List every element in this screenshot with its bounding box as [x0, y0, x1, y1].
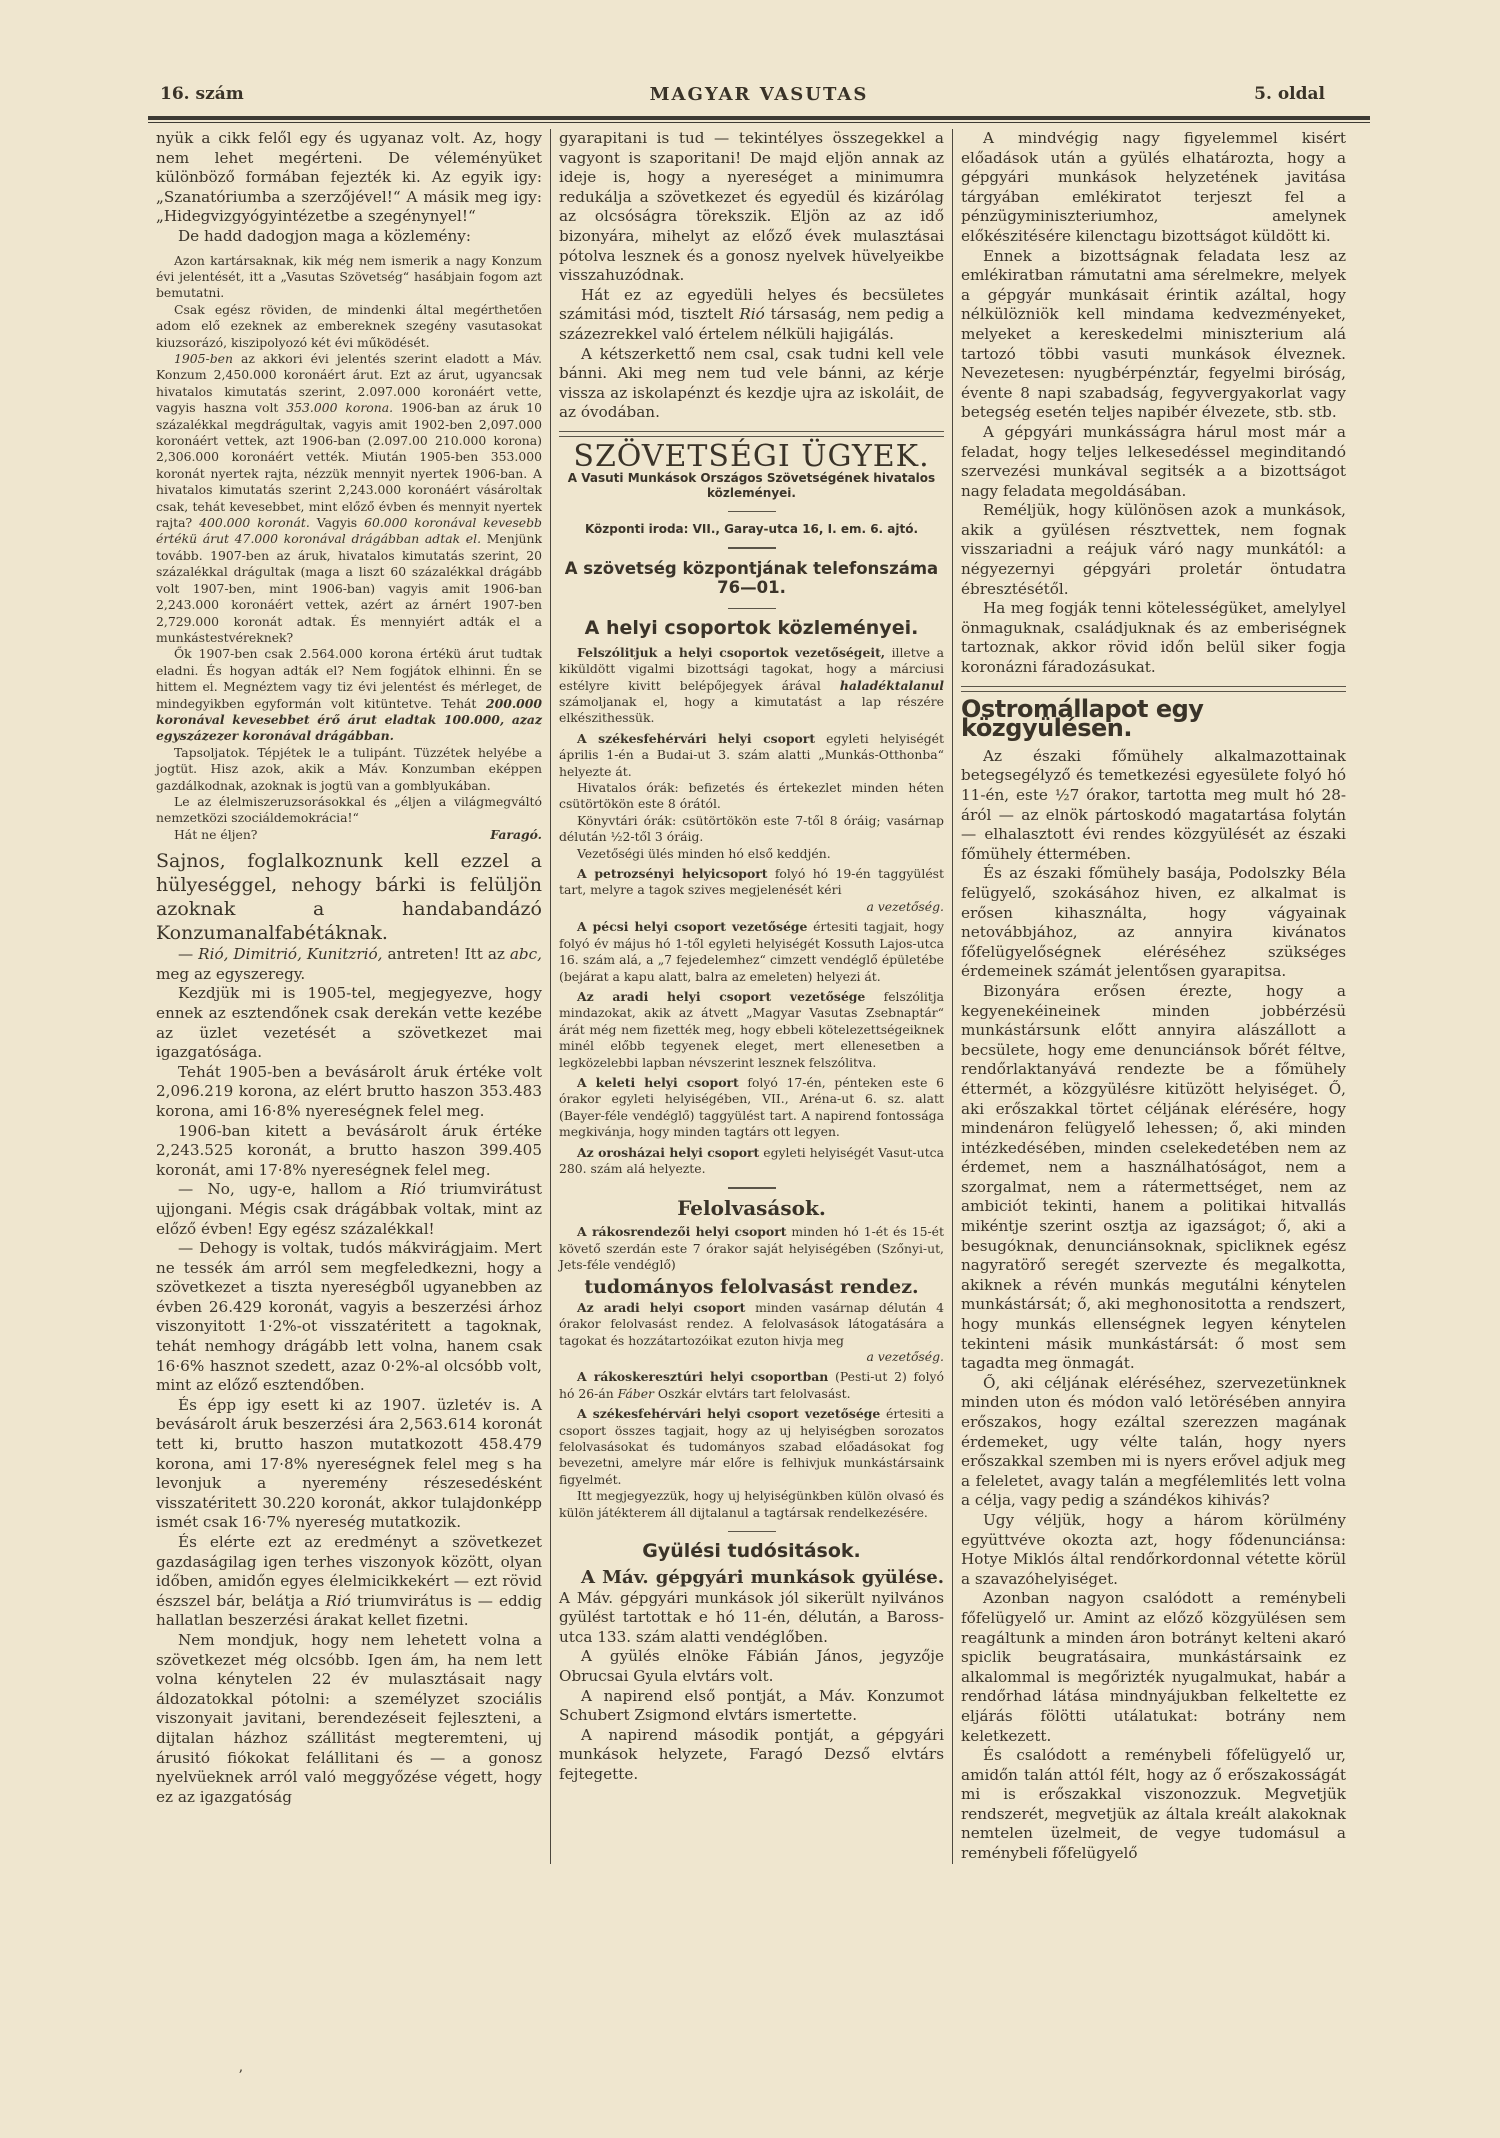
notice: A pécsi helyi csoport vezetősége értesit… [559, 919, 944, 985]
paragraph: Tehát 1905-ben a bevásárolt áruk értéke … [156, 1063, 542, 1122]
paragraph: Kezdjük mi is 1905-tel, megjegyezve, hog… [156, 984, 542, 1062]
paragraph: Nem mondjuk, hogy nem lehetett volna a s… [156, 1631, 542, 1807]
notice: A székesfehérvári helyi csoport egyleti … [559, 731, 944, 780]
section-title: SZÖVETSÉGI ÜGYEK. [559, 447, 944, 467]
quote-paragraph: Le az élelmiszeruzsorásokkal és „éljen a… [156, 794, 542, 827]
notice: Felszólitjuk a helyi csoportok vezetőség… [559, 645, 944, 727]
paragraph: Ha meg fogják tenni kötelességüket, amel… [961, 599, 1346, 677]
office-address: Központi iroda: VII., Garay-utca 16, I. … [559, 522, 944, 537]
paragraph: És elérte ezt az eredményt a szövetkezet… [156, 1533, 542, 1631]
paragraph: nyük a cikk felől egy és ugyanaz volt. A… [156, 129, 542, 227]
lecture-notice: A rákoskeresztúri helyi csoportban (Pest… [559, 1369, 944, 1402]
paragraph: Az északi főmühely alkalmazottainak bete… [961, 747, 1346, 865]
section-divider [559, 431, 944, 437]
newspaper-title: MAGYAR VASUTAS [148, 84, 1370, 105]
quote-paragraph: 1905-ben az akkori évi jelentés szerint … [156, 351, 542, 646]
lectures-heading: Felolvasások. [559, 1199, 944, 1219]
quote-paragraph: Ők 1907-ben csak 2.564.000 korona értékü… [156, 646, 542, 744]
column-1: nyük a cikk felől egy és ugyanaz volt. A… [148, 129, 550, 1864]
columns: nyük a cikk felől egy és ugyanaz volt. A… [148, 129, 1370, 1864]
paragraph: 1906-ban kitett a bevásárolt áruk értéke… [156, 1122, 542, 1181]
paragraph: — Rió, Dimitrió, Kunitzrió, antreten! It… [156, 945, 542, 984]
paragraph: Ő, aki céljának eléréséhez, szervezetünk… [961, 1374, 1346, 1511]
quote-paragraph: Azon kartársaknak, kik még nem ismerik a… [156, 253, 542, 302]
divider [728, 547, 776, 549]
signature: Faragó. [472, 827, 542, 843]
section-divider [961, 686, 1346, 692]
page-number: 5. oldal [1254, 84, 1325, 104]
notice: Az aradi helyi csoport vezetősége felszó… [559, 989, 944, 1071]
masthead-rule [148, 116, 1370, 120]
paragraph: Bizonyára erősen érezte, hogy a kegyenek… [961, 982, 1346, 1374]
paragraph: Hát ez az egyedüli helyes és becsületes … [559, 286, 944, 345]
phone-number: A szövetség központjának telefonszáma 76… [559, 559, 944, 598]
masthead: 16. szám MAGYAR VASUTAS 5. oldal [148, 84, 1370, 114]
paragraph: És csalódott a reménybeli főfelügyelő ur… [961, 1746, 1346, 1864]
notice: Az orosházai helyi csoport egyleti helyi… [559, 1145, 944, 1178]
quote-paragraph: Hát ne éljen?Faragó. [156, 827, 542, 843]
divider [728, 511, 776, 513]
paragraph: A kétszerkettő nem csal, csak tudni kell… [559, 345, 944, 423]
lecture-notice: A székesfehérvári helyi csoport vezetősé… [559, 1406, 944, 1488]
divider [728, 1187, 776, 1189]
section-subtitle: A Vasuti Munkások Országos Szövetségének… [559, 471, 944, 501]
notice: A keleti helyi csoport folyó 17-én, pént… [559, 1075, 944, 1141]
quote-paragraph: Tapsoljatok. Tépjétek le a tulipánt. Tüz… [156, 745, 542, 794]
paragraph: Ennek a bizottságnak feladata lesz az em… [961, 247, 1346, 423]
paragraph: És épp igy esett ki az 1907. üzletév is.… [156, 1396, 542, 1533]
column-3: A mindvégig nagy figyelemmel kisért előa… [952, 129, 1354, 1864]
newspaper-page: 16. szám MAGYAR VASUTAS 5. oldal nyük a … [148, 84, 1370, 1864]
report-paragraph: A napirend második pontját, a gépgyári m… [559, 1726, 944, 1785]
lectures: A rákosrendezői helyi csoport minden hó … [559, 1224, 944, 1521]
notice-detail: Vezetőségi ülés minden hó első keddjén. [559, 846, 944, 862]
lecture-highlight: tudományos felolvasást rendez. [559, 1274, 944, 1300]
quoted-communique: Azon kartársaknak, kik még nem ismerik a… [156, 253, 542, 844]
paragraph: És az északi főmühely basája, Podolszky … [961, 864, 1346, 982]
paragraph: A gépgyári munkásságra hárul most már a … [961, 423, 1346, 501]
lecture-notice: Itt megjegyezzük, hogy uj helyiségünkben… [559, 1488, 944, 1521]
paragraph: Azonban nagyon csalódott a reménybeli fő… [961, 1589, 1346, 1746]
local-notices: Felszólitjuk a helyi csoportok vezetőség… [559, 645, 944, 1178]
lead-paragraph: Sajnos, foglalkoznunk kell ezzel a hülye… [156, 849, 542, 945]
paragraph: — No, ugy-e, hallom a Rió triumvirátust … [156, 1180, 542, 1239]
paragraph: Reméljük, hogy különösen azok a munkások… [961, 501, 1346, 599]
column-2: gyarapitani is tud — tekintélyes összege… [550, 129, 952, 1864]
notice-detail: Hivatalos órák: befizetés és értekezlet … [559, 780, 944, 813]
masthead-rule-thin [148, 122, 1370, 123]
report-paragraph: A napirend első pontját, a Máv. Konzumot… [559, 1687, 944, 1726]
article-title: Ostromállapot egy közgyülésen. [961, 700, 1346, 739]
reports-heading: Gyülési tudósitások. [559, 1542, 944, 1562]
print-mark: ʼ [238, 2068, 242, 2084]
lecture-notice: A rákosrendezői helyi csoport minden hó … [559, 1224, 944, 1273]
local-groups-heading: A helyi csoportok közleményei. [559, 619, 944, 639]
divider [728, 608, 776, 610]
paragraph: gyarapitani is tud — tekintélyes összege… [559, 129, 944, 286]
paragraph: De hadd dadogjon maga a közlemény: [156, 227, 542, 247]
divider [728, 1531, 776, 1533]
paragraph: A mindvégig nagy figyelemmel kisért előa… [961, 129, 1346, 247]
notice-detail: Könyvtári órák: csütörtökön este 7-től 8… [559, 813, 944, 846]
lecture-notice: Az aradi helyi csoport minden vasárnap d… [559, 1300, 944, 1349]
report-paragraph: A gyülés elnöke Fábián János, jegyzője O… [559, 1647, 944, 1686]
notice-signature: a vezetőség. [559, 1349, 944, 1365]
notice: A petrozsényi helyicsoport folyó hó 19-é… [559, 866, 944, 899]
notice-signature: a vezetőség. [559, 899, 944, 915]
report-paragraph: A Máv. gépgyári munkások gyülése. A Máv.… [559, 1568, 944, 1647]
paragraph: Ugy véljük, hogy a három körülmény együt… [961, 1511, 1346, 1589]
quote-paragraph: Csak egész röviden, de mindenki által me… [156, 302, 542, 351]
paragraph: — Dehogy is voltak, tudós mákvirágjaim. … [156, 1239, 542, 1396]
